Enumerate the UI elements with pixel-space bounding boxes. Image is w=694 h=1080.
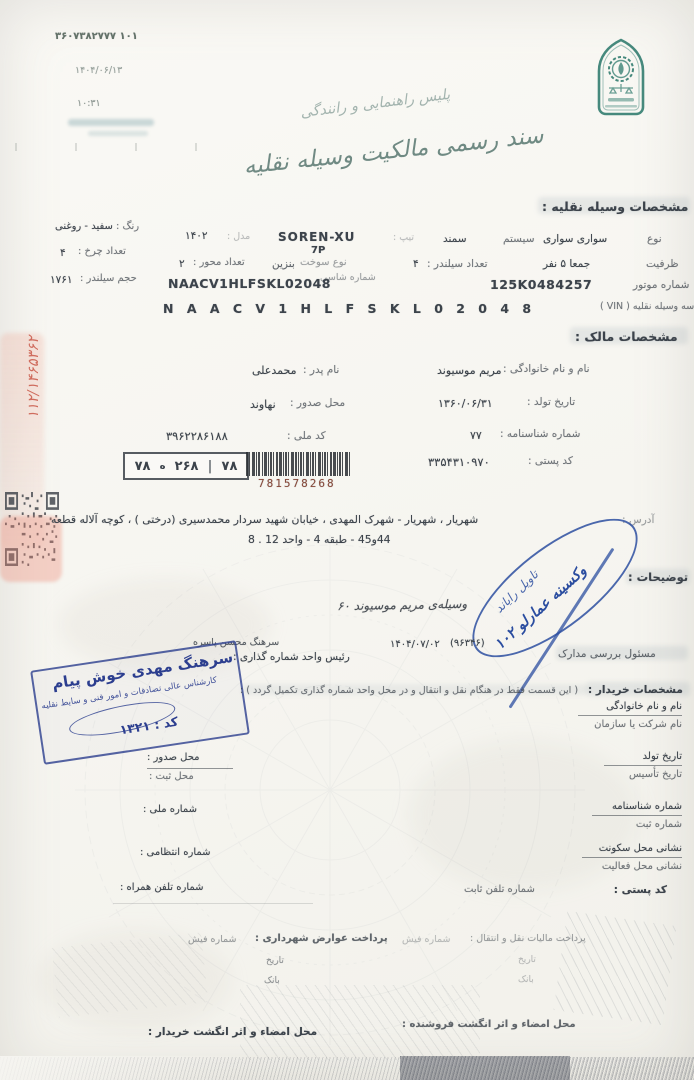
reviewer-label: مسئول بررسی مدارک xyxy=(558,648,656,661)
security-band-dark xyxy=(400,1056,570,1080)
vehicle-type-value: سواری سواری xyxy=(543,233,607,246)
buyer-company-label: نام شرکت یا سازمان xyxy=(594,719,682,731)
handwritten-note: وسیله‌ی مریم موسیوند ۶۰ xyxy=(337,597,467,614)
tax-date-label: تاریخ xyxy=(518,955,536,966)
barcode xyxy=(246,452,350,476)
faint-marks xyxy=(15,143,235,151)
vehicle-capacity-label: ظرفیت xyxy=(646,258,679,271)
vehicle-displacement-value: ۱۷۶۱ xyxy=(50,274,73,287)
address-line2: 44و45 - طبقه 4 - واحد 12 . 8 xyxy=(248,534,391,547)
ink-smear xyxy=(68,119,154,126)
buyer-issue-place-label: محل صدور : xyxy=(147,752,200,764)
owner-id-value: ۷۷ xyxy=(470,429,482,442)
barcode-number: 781578268 xyxy=(258,477,336,490)
notes-label: توضیحات : xyxy=(628,571,688,585)
vehicle-cylinders-value: ۴ xyxy=(413,258,419,271)
vehicle-system-value: سمند xyxy=(443,233,467,246)
scan-time: ۱۰:۳۱ xyxy=(77,98,101,109)
vehicle-capacity-value: جمعا ۵ نفر xyxy=(543,258,590,271)
vehicle-axles-value: ۲ xyxy=(179,258,185,271)
municipal-payment-label: پرداخت عوارض شهرداری : xyxy=(255,933,388,945)
vehicle-wheels-value: ۴ xyxy=(60,247,66,260)
vehicle-displacement-label: حجم سیلندر : xyxy=(80,273,137,285)
title-calligraphy-line2: سند رسمی مالکیت وسیله نقلیه xyxy=(242,122,544,179)
vehicle-section-heading: مشخصات وسیله نقلیه : xyxy=(542,199,688,214)
title-calligraphy-line1: پلیس راهنمایی و رانندگی xyxy=(300,87,451,121)
vehicle-color-value: سفید - روغنی xyxy=(55,221,113,233)
vehicle-fuel-label: نوع سوخت xyxy=(300,257,347,269)
owner-father-label: نام پدر : xyxy=(303,364,339,377)
buyer-police-number-label: شماره انتظامی : xyxy=(140,847,211,859)
field-divider xyxy=(582,857,682,858)
owner-section-heading: مشخصات مالک : xyxy=(575,329,678,344)
owner-name-value: مریم موسیوند xyxy=(437,364,501,377)
field-divider xyxy=(147,768,233,769)
vehicle-tip-value: SOREN-XU xyxy=(278,230,355,244)
field-divider xyxy=(592,815,682,816)
buyer-signature-label: محل امضاء و اثر انگشت خریدار : xyxy=(148,1026,317,1039)
plate-segment: ۲۶۸ xyxy=(175,459,199,474)
buyer-residence-label: نشانی محل سکونت xyxy=(599,843,682,855)
owner-name-label: نام و نام خانوادگی : xyxy=(503,363,590,376)
owner-id-label: شماره شناسنامه : xyxy=(500,428,580,441)
seller-signature-label: محل امضاء و اثر انگشت فروشنده : xyxy=(402,1019,576,1031)
plate-segment: ۷۸ xyxy=(135,459,151,474)
buyer-register-place-label: محل ثبت : xyxy=(149,771,194,783)
buyer-activity-label: نشانی محل فعالیت xyxy=(602,861,682,873)
security-band-medium xyxy=(570,1057,694,1080)
vehicle-model-label: مدل : xyxy=(227,231,250,242)
buyer-postal-label: کد پستی : xyxy=(614,884,667,897)
vehicle-chassis-value: NAACV1HLFSKL02048 xyxy=(168,276,331,291)
vehicle-color-label: رنگ : xyxy=(116,221,139,233)
vehicle-fuel-value: بنزین xyxy=(272,258,295,271)
plate-region: ۷۸ xyxy=(222,459,238,474)
handwritten-red-serial: ۱۱۲/۱۴۶۵۳۶۲ xyxy=(26,336,42,452)
plate-letter: ه xyxy=(160,461,166,472)
scan-hatch-marks xyxy=(554,911,677,1025)
owner-postal-label: کد پستی : xyxy=(528,455,573,468)
owner-national-label: کد ملی : xyxy=(287,430,326,443)
owner-father-value: محمدعلی xyxy=(252,364,297,377)
license-plate-box: ۷۸ ه ۲۶۸ | ۷۸ xyxy=(123,452,249,480)
vehicle-engine-value: 125K0484257 xyxy=(490,277,592,292)
tax-bank-label: بانک xyxy=(518,975,534,986)
municipal-date-label: تاریخ xyxy=(266,956,284,967)
vehicle-wheels-label: تعداد چرخ : xyxy=(78,246,126,258)
police-emblem-icon xyxy=(590,37,652,121)
security-band-fade xyxy=(0,1056,250,1080)
tax-fiche-label: شماره فیش xyxy=(402,934,450,945)
vehicle-cylinders-label: تعداد سیلندر : xyxy=(427,258,488,271)
plate-divider: | xyxy=(208,459,213,474)
vehicle-model-value: ۱۴۰۲ xyxy=(185,230,208,243)
buyer-register-label: شماره ثبت xyxy=(636,819,682,831)
buyer-section-heading: مشخصات خریدار : xyxy=(588,684,683,697)
buyer-mobile-label: شماره تلفن همراه : xyxy=(120,882,204,894)
buyer-birth-label: تاریخ تولد xyxy=(643,751,682,763)
owner-issue-value: نهاوند xyxy=(250,398,276,411)
owner-issue-label: محل صدور : xyxy=(290,397,345,410)
vehicle-tip-label: تیپ : xyxy=(393,232,414,243)
numbering-head-label: رئیس واحد شماره گذاری : xyxy=(233,651,350,664)
buyer-national-label: شماره ملی : xyxy=(143,804,197,816)
buyer-id-label: شماره شناسنامه xyxy=(612,801,682,813)
field-divider xyxy=(578,715,682,716)
address-line1: شهریار ، شهریار - شهرک المهدی ، خیابان ش… xyxy=(51,514,478,527)
owner-postal-value: ۳۳۵۴۳۱۰۹۷۰ xyxy=(428,456,490,470)
review-date: ۱۴۰۴/۰۷/۰۲ xyxy=(390,639,440,651)
buyer-name-label: نام و نام خانوادگی xyxy=(606,701,682,713)
scanned-vehicle-ownership-document: ۱۰۱ ۳۶۰۷۳۸۲۷۷۷ ۱۴۰۴/۰۶/۱۳ ۱۰:۳۱ پلیس راه… xyxy=(0,0,694,1080)
buyer-establish-label: تاریخ تأسیس xyxy=(629,769,682,781)
vehicle-axles-label: تعداد محور : xyxy=(193,257,245,269)
vehicle-vin-spaced: N A A C V 1 H L F S K L 0 2 0 4 8 xyxy=(163,301,536,316)
scan-ref-number: ۱۰۱ ۳۶۰۷۳۸۲۷۷۷ xyxy=(55,31,138,43)
vehicle-fuel-note: 7P xyxy=(311,245,325,257)
scan-date: ۱۴۰۴/۰۶/۱۳ xyxy=(75,65,122,76)
owner-birth-value: ۱۳۶۰/۰۶/۳۱ xyxy=(438,397,493,410)
vehicle-system-label: سیستم xyxy=(503,233,535,246)
vehicle-type-label: نوع xyxy=(647,233,662,246)
buyer-landline-label: شماره تلفن ثابت xyxy=(464,884,535,896)
buyer-heading-note: ( این قسمت فقط در هنگام نقل و انتقال و د… xyxy=(240,685,578,696)
field-divider xyxy=(604,765,682,766)
review-ref-number: (۹۶۳۴۶) xyxy=(450,638,485,650)
owner-birth-label: تاریخ تولد : xyxy=(527,396,575,409)
ink-smear xyxy=(88,131,148,136)
owner-national-value: ۳۹۶۲۲۸۶۱۸۸ xyxy=(166,430,228,444)
field-divider xyxy=(113,903,313,904)
vehicle-vin-label: شناسه وسیله نقلیه ( VIN ) xyxy=(600,301,694,312)
vehicle-engine-label: شماره موتور xyxy=(633,279,689,292)
